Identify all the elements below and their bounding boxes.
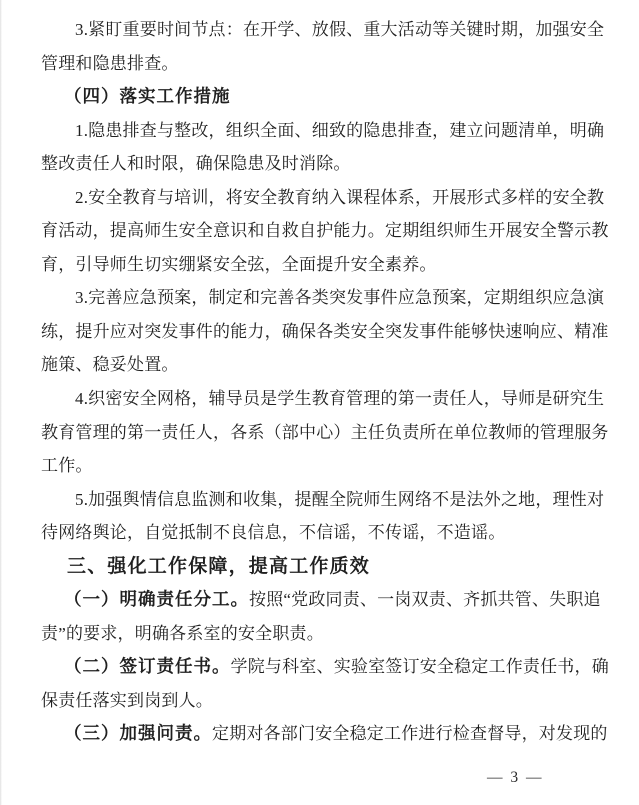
text-segment: 教育管理的第一责任人，各系（部中心）主任负责所在单位教师的管理服务 bbox=[41, 423, 609, 442]
doc-line: 3.紧盯重要时间节点：在开学、放假、重大活动等关键时期，加强安全 bbox=[41, 13, 607, 47]
text-segment: （二）签订责任书。 bbox=[64, 656, 231, 676]
text-segment: 保责任落实到岗到人。 bbox=[41, 691, 213, 710]
text-segment: 待网络舆论，自觉抵制不良信息，不信谣，不传谣，不造谣。 bbox=[41, 523, 505, 542]
text-segment: （三）加强问责。 bbox=[64, 723, 212, 743]
doc-line: 责”的要求，明确各系室的安全职责。 bbox=[41, 617, 607, 651]
text-segment: 2.安全教育与培训，将安全教育纳入课程体系，开展形式多样的安全教 bbox=[75, 188, 604, 207]
text-segment: 练，提升应对突发事件的能力，确保各类安全突发事件能够快速响应、精准 bbox=[41, 322, 609, 341]
text-segment: 1.隐患排查与整改，组织全面、细致的隐患排查，建立问题清单，明确 bbox=[75, 121, 604, 140]
doc-line: （三）加强问责。定期对各部门安全稳定工作进行检查督导，对发现的 bbox=[41, 717, 607, 751]
doc-line: 2.安全教育与培训，将安全教育纳入课程体系，开展形式多样的安全教 bbox=[41, 181, 607, 215]
doc-line: 5.加强舆情信息监测和收集，提醒全院师生网络不是法外之地，理性对 bbox=[41, 483, 607, 517]
text-segment: （四）落实工作措施 bbox=[64, 86, 231, 106]
document-body: 3.紧盯重要时间节点：在开学、放假、重大活动等关键时期，加强安全管理和隐患排查。… bbox=[41, 13, 607, 751]
text-segment: 责”的要求，明确各系室的安全职责。 bbox=[41, 624, 324, 643]
doc-line: 育活动，提高师生安全意识和自救自护能力。定期组织师生开展安全警示教 bbox=[41, 214, 607, 248]
doc-line: 待网络舆论，自觉抵制不良信息，不信谣，不传谣，不造谣。 bbox=[41, 516, 607, 550]
doc-line: 保责任落实到岗到人。 bbox=[41, 684, 607, 718]
doc-line: 练，提升应对突发事件的能力，确保各类安全突发事件能够快速响应、精准 bbox=[41, 315, 607, 349]
text-segment: 三、强化工作保障，提高工作质效 bbox=[67, 556, 370, 577]
text-segment: （一）明确责任分工。 bbox=[64, 589, 249, 609]
doc-line: 整改责任人和时限，确保隐患及时消除。 bbox=[41, 147, 607, 181]
doc-line: 三、强化工作保障，提高工作质效 bbox=[41, 550, 607, 584]
text-segment: 3.完善应急预案，制定和完善各类突发事件应急预案，定期组织应急演 bbox=[75, 288, 604, 307]
text-segment: 定期对各部门安全稳定工作进行检查督导，对发现的 bbox=[212, 724, 608, 743]
document-page: 3.紧盯重要时间节点：在开学、放假、重大活动等关键时期，加强安全管理和隐患排查。… bbox=[0, 0, 639, 805]
doc-line: 3.完善应急预案，制定和完善各类突发事件应急预案，定期组织应急演 bbox=[41, 281, 607, 315]
text-segment: 按照“党政同责、一岗双责、齐抓共管、失职追 bbox=[249, 590, 601, 609]
text-segment: 育，引导师生切实绷紧安全弦，全面提升安全素养。 bbox=[41, 255, 437, 274]
doc-line: （二）签订责任书。学院与科室、实验室签订安全稳定工作责任书，确 bbox=[41, 650, 607, 684]
scan-edge bbox=[0, 0, 2, 805]
doc-line: 工作。 bbox=[41, 449, 607, 483]
doc-line: 4.织密安全网格，辅导员是学生教育管理的第一责任人，导师是研究生 bbox=[41, 382, 607, 416]
text-segment: 施策、稳妥处置。 bbox=[41, 355, 179, 374]
text-segment: 4.织密安全网格，辅导员是学生教育管理的第一责任人，导师是研究生 bbox=[75, 389, 604, 408]
doc-line: 1.隐患排查与整改，组织全面、细致的隐患排查，建立问题清单，明确 bbox=[41, 114, 607, 148]
text-segment: 5.加强舆情信息监测和收集，提醒全院师生网络不是法外之地，理性对 bbox=[75, 490, 604, 509]
text-segment: 3.紧盯重要时间节点：在开学、放假、重大活动等关键时期，加强安全 bbox=[75, 20, 604, 39]
doc-line: 育，引导师生切实绷紧安全弦，全面提升安全素养。 bbox=[41, 248, 607, 282]
text-segment: 育活动，提高师生安全意识和自救自护能力。定期组织师生开展安全警示教 bbox=[41, 221, 609, 240]
doc-line: 施策、稳妥处置。 bbox=[41, 348, 607, 382]
text-segment: 学院与科室、实验室签订安全稳定工作责任书，确 bbox=[231, 657, 609, 676]
doc-line: （四）落实工作措施 bbox=[41, 80, 607, 114]
text-segment: 工作。 bbox=[41, 456, 93, 475]
text-segment: 整改责任人和时限，确保隐患及时消除。 bbox=[41, 154, 351, 173]
doc-line: （一）明确责任分工。按照“党政同责、一岗双责、齐抓共管、失职追 bbox=[41, 583, 607, 617]
doc-line: 管理和隐患排查。 bbox=[41, 47, 607, 81]
page-number: — 3 — bbox=[487, 769, 544, 787]
doc-line: 教育管理的第一责任人，各系（部中心）主任负责所在单位教师的管理服务 bbox=[41, 416, 607, 450]
text-segment: 管理和隐患排查。 bbox=[41, 54, 179, 73]
